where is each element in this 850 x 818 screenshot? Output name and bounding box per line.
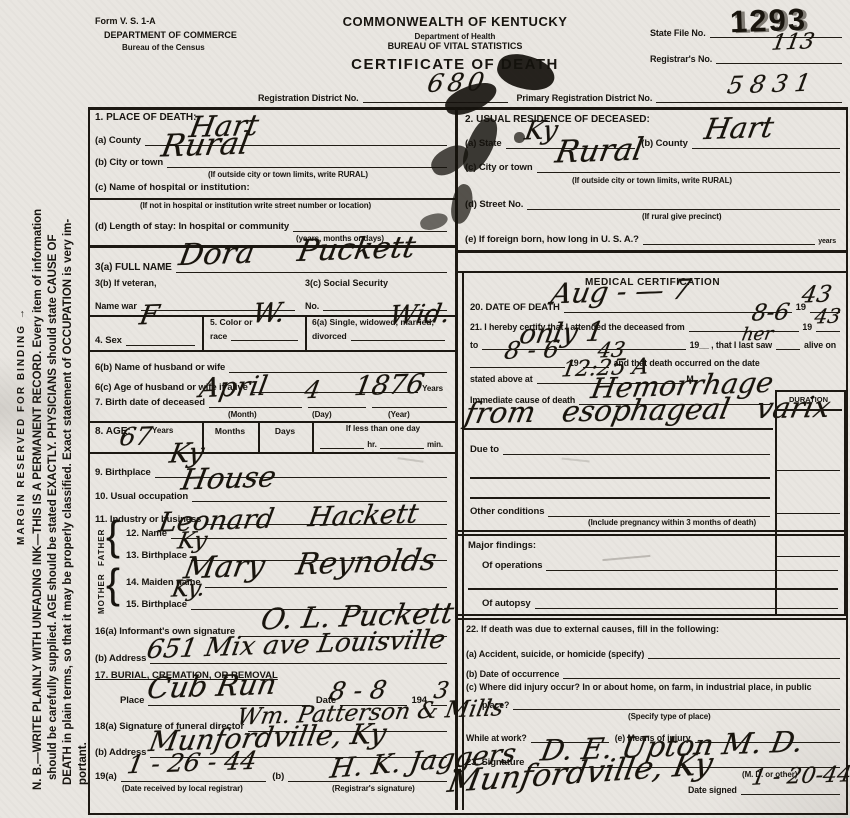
due-to-line bbox=[503, 439, 770, 455]
informant-address-label: (b) Address bbox=[95, 653, 150, 664]
duration-label-line bbox=[775, 409, 842, 411]
margin-nb-line2: should be carefully supplied. AGE should… bbox=[47, 235, 59, 781]
field-length-of-stay: (d) Length of stay: In hospital or commu… bbox=[95, 216, 447, 232]
sex-box-divider2 bbox=[305, 315, 307, 350]
name-war-label: Name war bbox=[95, 301, 141, 311]
due-blank-line2 bbox=[470, 497, 770, 499]
external-b-line bbox=[563, 663, 840, 679]
department-of-health: Department of Health bbox=[280, 32, 630, 41]
due-blank-line1 bbox=[470, 477, 770, 479]
age-min-line bbox=[380, 437, 424, 449]
sex-box-divider1 bbox=[202, 315, 204, 350]
father-side-label: FATHER bbox=[97, 529, 106, 566]
res-street-note: (If rural give precinct) bbox=[642, 212, 721, 221]
received-label: 19(a) bbox=[95, 771, 121, 782]
field-of-operations: Of operations bbox=[482, 556, 838, 571]
section1-title: 1. PLACE OF DEATH: bbox=[95, 112, 196, 123]
registrar-sig-prefix: (b) bbox=[266, 771, 288, 782]
of-operations-label: Of operations bbox=[482, 560, 546, 571]
age-days-head: Days bbox=[260, 426, 310, 436]
registrar-no-row: Registrar's No. bbox=[650, 50, 842, 64]
birth-month-handwriting: April bbox=[197, 373, 269, 402]
from-year-handwriting: 43 bbox=[813, 306, 842, 327]
social-security-label: 3(c) Social Security bbox=[305, 278, 388, 288]
external-divider-b bbox=[455, 618, 846, 620]
margin-nb-line3: DEATH in plain terms, so that it may be … bbox=[62, 219, 74, 785]
received-date-handwriting: 1 - 26 - 44 bbox=[125, 748, 259, 777]
age-years-handwriting: 67 bbox=[118, 423, 154, 449]
age-hr-line bbox=[320, 437, 364, 449]
res-county-handwriting: Hart bbox=[702, 113, 776, 144]
field-death-county: (a) County bbox=[95, 128, 447, 146]
hospital-note: (If not in hospital or institution write… bbox=[140, 201, 371, 210]
while-at-work-label: While at work? bbox=[466, 733, 531, 743]
field-external-a: (a) Accident, suicide, or homicide (spec… bbox=[466, 644, 840, 659]
res-city-handwriting: Rural bbox=[553, 134, 646, 168]
color-race-label-2: race bbox=[210, 331, 231, 341]
color-race-handwriting: W. bbox=[250, 299, 287, 327]
duration-inner-line2 bbox=[777, 513, 840, 514]
sex-label: 4. Sex bbox=[95, 335, 126, 346]
department-of-commerce: DEPARTMENT OF COMMERCE bbox=[104, 30, 237, 40]
field-of-autopsy: Of autopsy bbox=[482, 594, 838, 609]
cause-line2-rule bbox=[463, 428, 773, 430]
stated-above-label: stated above at bbox=[470, 374, 537, 384]
res-street-line bbox=[527, 193, 840, 210]
commonwealth-title: COMMONWEALTH OF KENTUCKY bbox=[280, 14, 630, 29]
margin-binding-text: MARGIN RESERVED FOR BINDING → bbox=[16, 307, 27, 545]
due-to-label: Due to bbox=[470, 444, 503, 455]
lastsaw-handwriting: 8 - 6 bbox=[503, 337, 562, 363]
birth-day-note: (Day) bbox=[312, 410, 332, 419]
field-other-conditions: Other conditions bbox=[470, 502, 770, 517]
margin-binding-label: MARGIN RESERVED FOR BINDING bbox=[16, 324, 27, 545]
father-brace: { bbox=[106, 515, 120, 557]
field-external-c: place? bbox=[482, 696, 840, 710]
medical-box-top bbox=[455, 271, 846, 273]
full-name-label: 3(a) FULL NAME bbox=[95, 262, 176, 273]
res-city-note: (If outside city or town limits, write R… bbox=[572, 176, 732, 185]
her-handwriting: her bbox=[740, 325, 774, 344]
age-months-head: Months bbox=[204, 426, 256, 436]
received-note: (Date received by local registrar) bbox=[122, 784, 243, 793]
marital-label-2: divorced bbox=[312, 331, 351, 341]
margin-nb-line1: N. B.—WRITE PLAINLY WITH UNFADING INK—TH… bbox=[32, 209, 44, 790]
registrar-sig-note: (Registrar's signature) bbox=[332, 784, 415, 793]
external-b-label: (b) Date of occurrence bbox=[466, 669, 563, 679]
registrar-no-label: Registrar's No. bbox=[650, 54, 716, 64]
operations-blank-line bbox=[468, 588, 838, 590]
sex-line bbox=[126, 321, 195, 346]
ss-no-label: No. bbox=[305, 301, 323, 311]
reg-district-label: Registration District No. bbox=[258, 93, 363, 103]
residence-bottom-line bbox=[455, 250, 846, 253]
foreign-born-line bbox=[643, 229, 815, 245]
external-c-line bbox=[513, 695, 840, 710]
major-findings-label: Major findings: bbox=[468, 540, 536, 551]
age-hr-min-row: hr. min. bbox=[320, 438, 447, 449]
bureau-of-census: Bureau of the Census bbox=[122, 43, 205, 52]
occupation-handwriting: House bbox=[179, 462, 278, 494]
death-city-note: (If outside city or town limits, write R… bbox=[208, 170, 368, 179]
foreign-born-unit: years bbox=[815, 238, 840, 245]
findings-divider-a bbox=[455, 530, 846, 532]
res-street-label: (d) Street No. bbox=[465, 199, 527, 210]
of-autopsy-line bbox=[535, 593, 838, 609]
form-number: Form V. S. 1-A bbox=[95, 16, 156, 26]
field-foreign-born: (e) If foreign born, how long in U. S. A… bbox=[465, 230, 840, 245]
birth-month-note: (Month) bbox=[228, 410, 257, 419]
birthplace-label: 9. Birthplace bbox=[95, 467, 155, 478]
age-years-head: Years bbox=[152, 426, 173, 435]
other-conditions-note: (Include pregnancy within 3 months of de… bbox=[588, 518, 756, 527]
husband-name-label: 6(b) Name of husband or wife bbox=[95, 362, 229, 373]
duration-box bbox=[775, 390, 846, 616]
marital-handwriting: Wid. bbox=[387, 301, 452, 329]
external-c2-label: place? bbox=[482, 700, 513, 710]
external-a-line bbox=[648, 643, 840, 659]
field-res-street: (d) Street No. bbox=[465, 194, 840, 210]
external-c-label: (c) Where did injury occur? In or about … bbox=[466, 682, 844, 692]
primary-district-label: Primary Registration District No. bbox=[508, 93, 656, 103]
age-min-label: min. bbox=[424, 440, 447, 449]
mother-brace: { bbox=[106, 563, 120, 605]
row-line-2 bbox=[88, 350, 455, 352]
birth-date-label: 7. Birth date of deceased bbox=[95, 397, 209, 408]
death-city-label: (b) City or town bbox=[95, 157, 167, 168]
date-signed-handwriting: 1 - 20-44 bbox=[750, 764, 850, 789]
mother-birthplace-handwriting: Ky. bbox=[170, 577, 207, 601]
hospital-line bbox=[88, 198, 455, 200]
to-label: to bbox=[470, 340, 482, 350]
occupation-label: 10. Usual occupation bbox=[95, 491, 192, 502]
field-external-b: (b) Date of occurrence bbox=[466, 664, 840, 679]
external-title: 22. If death was due to external causes,… bbox=[466, 624, 719, 634]
external-divider-a bbox=[455, 614, 846, 616]
alive-on-label: alive on bbox=[800, 340, 840, 350]
mother-name-handwriting: Mary Reynolds bbox=[181, 546, 438, 585]
date-signed-label: Date signed bbox=[688, 785, 741, 795]
binding-arrow-icon: → bbox=[16, 307, 27, 319]
field-due-to: Due to bbox=[470, 440, 770, 455]
header-center: COMMONWEALTH OF KENTUCKY Department of H… bbox=[280, 14, 630, 73]
foreign-born-label: (e) If foreign born, how long in U. S. A… bbox=[465, 234, 643, 245]
external-a-label: (a) Accident, suicide, or homicide (spec… bbox=[466, 649, 648, 659]
dod-handwriting: Aug - — 7 bbox=[549, 276, 693, 309]
duration-inner-line1 bbox=[777, 470, 840, 471]
mother-side-label: MOTHER bbox=[97, 573, 106, 614]
length-of-stay-label: (d) Length of stay: In hospital or commu… bbox=[95, 221, 293, 232]
of-autopsy-label: Of autopsy bbox=[482, 598, 535, 609]
full-name-handwriting: Dora Puckett bbox=[177, 233, 418, 271]
state-file-label: State File No. bbox=[650, 28, 710, 38]
her-line bbox=[776, 335, 800, 350]
other-conditions-line bbox=[548, 501, 770, 517]
veteran-label: 3(b) If veteran, bbox=[95, 278, 157, 288]
birth-year-handwriting: 1876 bbox=[352, 371, 426, 400]
hospital-label: (c) Name of hospital or institution: bbox=[95, 182, 250, 193]
other-conditions-label: Other conditions bbox=[470, 506, 548, 517]
medical-box-left bbox=[462, 271, 464, 810]
field-res-city: (c) City or town bbox=[465, 156, 840, 173]
age-box-div3 bbox=[312, 421, 314, 452]
death-certificate-scan: MARGIN RESERVED FOR BINDING → N. B.—WRIT… bbox=[0, 0, 850, 818]
findings-divider-b bbox=[455, 534, 846, 536]
primary-district-number-handwriting: 5831 bbox=[726, 70, 820, 97]
birth-year-note: (Year) bbox=[388, 410, 410, 419]
res-state-handwriting: Ky bbox=[523, 117, 560, 144]
field-death-city: (b) City or town bbox=[95, 150, 447, 168]
ink-smudge bbox=[514, 132, 525, 143]
duration-label: DURATION bbox=[775, 395, 842, 404]
death-county-label: (a) County bbox=[95, 135, 145, 146]
attended-from-handwriting: 8-6 bbox=[750, 301, 791, 325]
age-less-head: If less than one day bbox=[318, 424, 448, 433]
age-hr-label: hr. bbox=[364, 440, 379, 449]
burial-place-handwriting: Cub Run bbox=[145, 670, 279, 703]
bureau-vital-statistics: BUREAU OF VITAL STATISTICS bbox=[280, 41, 630, 51]
of-operations-line bbox=[546, 555, 838, 571]
external-c-note: (Specify type of place) bbox=[628, 712, 711, 721]
death-city-handwriting: Rural bbox=[159, 128, 252, 162]
registrar-number-handwriting: 113 bbox=[770, 31, 816, 54]
